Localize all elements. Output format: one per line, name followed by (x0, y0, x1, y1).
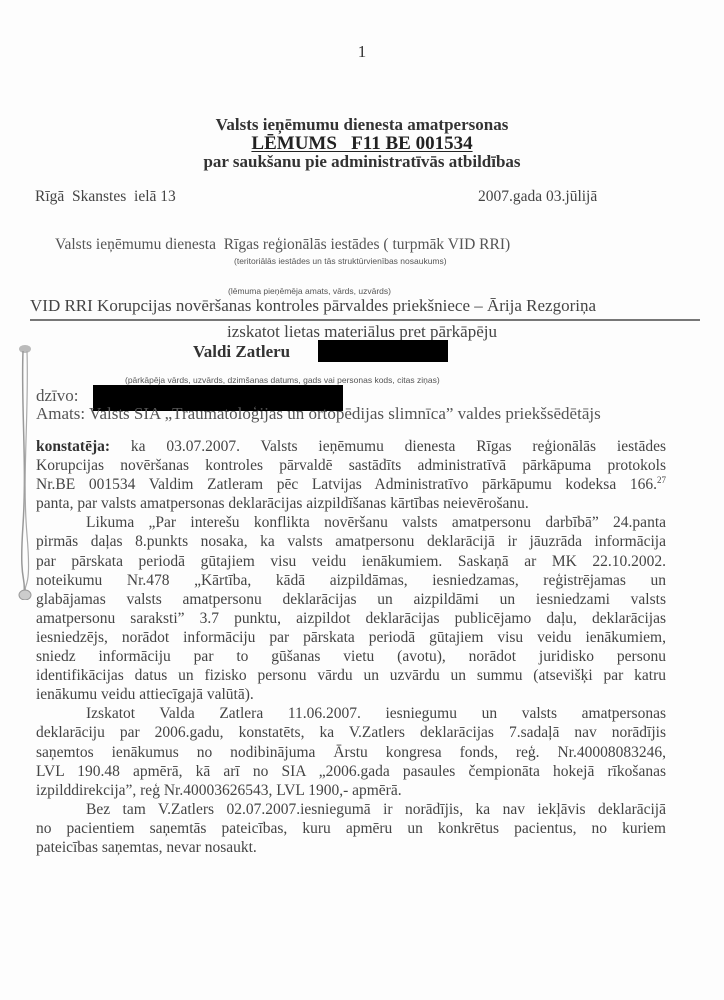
text-line: Nr.BE 001534 Valdim Zatleram pēc Latvija… (36, 475, 666, 494)
offender-caption: (pārkāpēja vārds, uzvārds, dzimšanas dat… (125, 375, 440, 385)
decision-maker-caption: (lēmuma pieņēmēja amats, vārds, uzvārds) (228, 286, 391, 296)
text-line: glabājamas valsts amatpersonu deklarācij… (36, 590, 666, 609)
text-line: Bez tam V.Zatlers 02.07.2007.iesniegumā … (36, 800, 666, 819)
paragraph-law: Likuma „Par interešu konflikta novēršanu… (36, 513, 666, 704)
decision-maker-field: VID RRI Korupcijas novēršanas kontroles … (30, 296, 596, 316)
text-line: izpilddirekcija”, reģ Nr.40003626543, LV… (36, 781, 666, 800)
paragraph-review: Izskatot Valda Zatlera 11.06.2007. iesni… (36, 704, 666, 799)
offender-name: Valdi Zatleru (193, 342, 290, 362)
document-body: konstatēja: ka 03.07.2007. Valsts ieņēmu… (36, 437, 666, 857)
text-line: no pacientiem saņemtās pateicības, kuru … (36, 819, 666, 838)
text-line: Korupcijas novēršanas kontroles pārvaldē… (36, 456, 666, 475)
document-title-line1: Valsts ieņēmumu dienesta amatpersonas (0, 115, 724, 135)
residence-label: dzīvo: (36, 386, 79, 406)
institution-field: Valsts ieņēmumu dienesta Rīgas reģionālā… (55, 236, 510, 254)
text-line: identifikācijas datus un fizisko personu… (36, 666, 666, 685)
review-text: izskatot lietas materiālus pret pārkāpēj… (0, 322, 724, 342)
text-line: deklarāciju par 2006.gadu, konstatēts, k… (36, 723, 666, 742)
paragraph-findings: konstatēja: ka 03.07.2007. Valsts ieņēmu… (36, 437, 666, 513)
date: 2007.gada 03.jūlijā (478, 188, 597, 206)
place: Rīgā Skanstes ielā 13 (35, 188, 176, 206)
text-line: par pārskata periodā gūtajiem visu veidu… (36, 552, 666, 571)
page-number: 1 (0, 42, 724, 62)
institution-caption: (teritoriālās iestādes un tās struktūrvi… (234, 256, 447, 266)
text-line: Izskatot Valda Zatlera 11.06.2007. iesni… (36, 704, 666, 723)
text-line: Likuma „Par interešu konflikta novēršanu… (36, 513, 666, 532)
redaction-block (318, 340, 448, 362)
document-title-line3: par saukšanu pie administratīvās atbildī… (0, 152, 724, 172)
text-line: saņemtos ienākumus no nodibinājuma Ārstu… (36, 743, 666, 762)
findings-keyword: konstatēja: (36, 438, 110, 455)
offender-position: Amats: Valsts SIA „Traumatoloģijas un or… (36, 404, 601, 424)
text-line: iesniedzējs, norādot informāciju par pār… (36, 628, 666, 647)
binding-string (18, 345, 32, 600)
text-line: panta, par valsts amatpersonas deklarāci… (36, 494, 666, 513)
paragraph-additional: Bez tam V.Zatlers 02.07.2007.iesniegumā … (36, 800, 666, 857)
text-line: noteikumu Nr.478 „Kārtība, kādā aizpildā… (36, 571, 666, 590)
text-line: ienākumu veidu attiecīgajā valūtā). (36, 685, 666, 704)
text-line: pateicības saņemtas, nevar nosaukt. (36, 838, 666, 857)
superscript: 27 (657, 475, 666, 485)
text-line: amatpersonu saraksti” 3.7 punktu, aizpil… (36, 609, 666, 628)
decision-maker-underline (30, 319, 700, 321)
text-line: ka 03.07.2007. Valsts ieņēmumu dienesta … (110, 438, 666, 455)
text-line: LVL 190.48 apmērā, kā arī no SIA „2006.g… (36, 762, 666, 781)
text-line: pirmās daļas 8.punkts nosaka, ka valsts … (36, 532, 666, 551)
text-line: sniedz informāciju par to gūšanas vietu … (36, 647, 666, 666)
